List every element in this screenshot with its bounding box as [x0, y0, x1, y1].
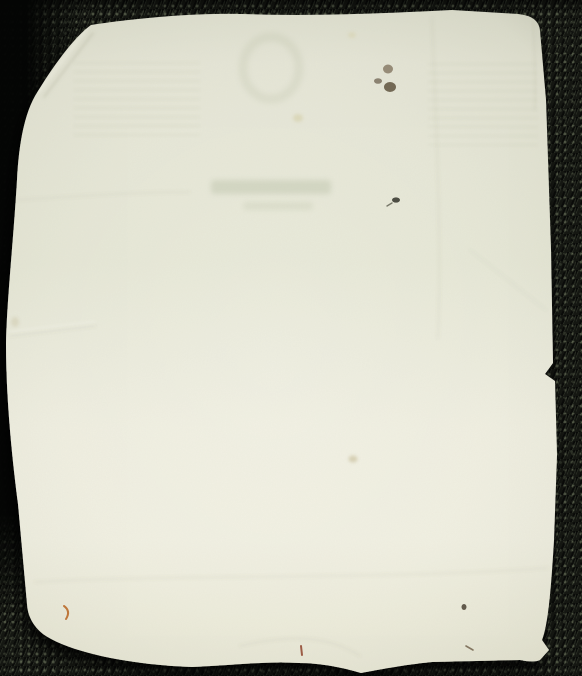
spot-yellow-small	[348, 32, 356, 38]
spot-tan-center	[349, 456, 358, 463]
fiber-red-bottom	[301, 646, 302, 655]
ghost-subheading-showthrough	[243, 202, 313, 210]
stain-blob-bottom	[384, 82, 396, 92]
paper-grain-texture	[0, 0, 582, 676]
photo-antique-paper-on-fabric	[0, 0, 582, 676]
ghost-heading-showthrough	[211, 180, 331, 194]
spot-yellow-upper	[293, 114, 303, 122]
stain-blob-arm	[374, 78, 382, 84]
paper-sheet-layer	[0, 0, 582, 676]
paper-surface-effects	[0, 0, 582, 676]
spot-faint-left-edge	[11, 317, 19, 327]
stain-blob-top	[383, 65, 393, 74]
speck-brown-right	[462, 604, 467, 610]
ink-speck	[392, 197, 400, 202]
